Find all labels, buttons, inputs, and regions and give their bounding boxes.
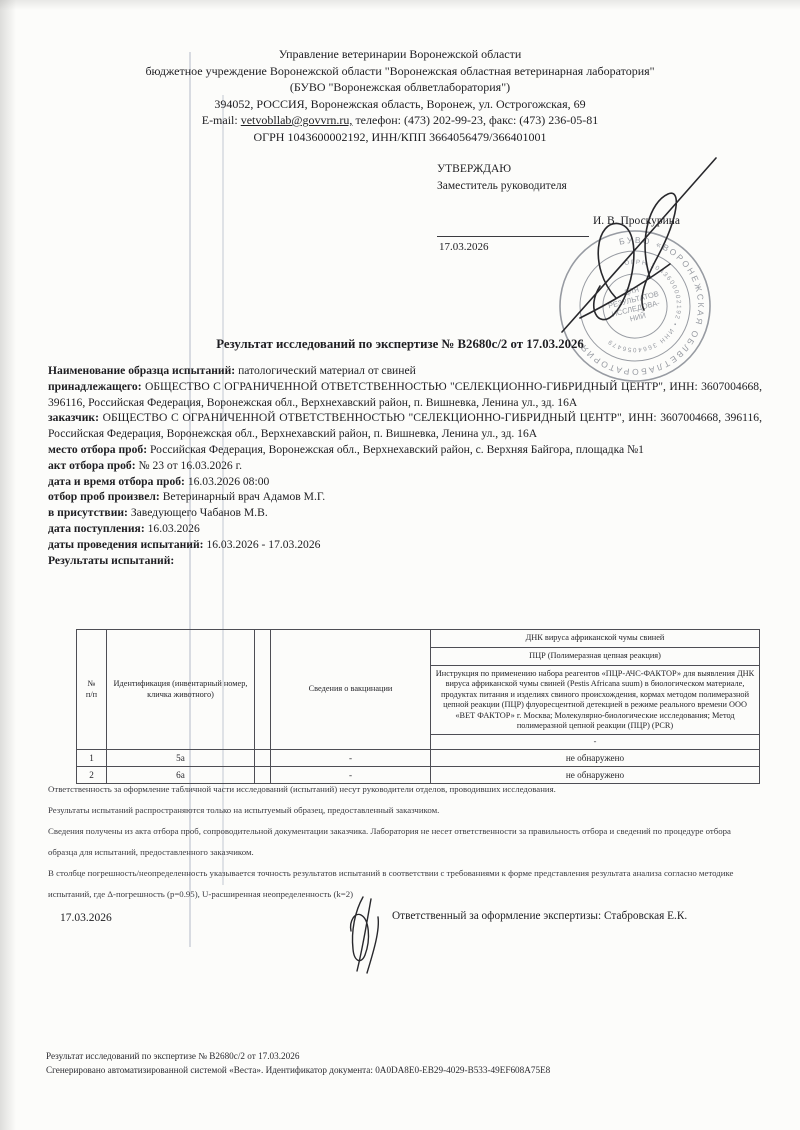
org-authority: Управление ветеринарии Воронежской облас…: [36, 46, 764, 63]
row-result: не обнаружено: [431, 750, 760, 767]
row-number: 1: [77, 750, 107, 767]
detail-sampling-act: акт отбора проб: № 23 от 16.03.2026 г.: [48, 458, 762, 474]
responsible-person: Ответственный за оформление экспертизы: …: [392, 910, 772, 922]
test-type-header: ПЦР (Полимеразная цепная реакция): [431, 648, 760, 666]
email-label: E-mail:: [202, 113, 238, 127]
phone-fax: телефон: (473) 202-99-23, факс: (473) 23…: [355, 113, 598, 127]
document-title: Результат исследований по экспертизе № В…: [0, 337, 800, 352]
detail-sample-name: Наименование образца испытаний: патологи…: [48, 363, 762, 379]
detail-testing-dates: даты проведения испытаний: 16.03.2026 - …: [48, 537, 762, 553]
detail-witness: в присутствии: Заведующего Чабанов М.В.: [48, 505, 762, 521]
results-heading: Результаты испытаний:: [48, 553, 762, 569]
footnotes: Ответственность за оформление табличной …: [48, 779, 762, 905]
footnote: Сведения получены из акта отбора проб, с…: [48, 821, 762, 863]
org-short-name: (БУВО "Воронежская облветлаборатория"): [36, 79, 764, 96]
signoff-date: 17.03.2026: [60, 912, 112, 924]
row-blank: [255, 750, 271, 767]
scanned-document-page: Управление ветеринарии Воронежской облас…: [0, 0, 800, 1130]
footer-expertise-ref: Результат исследований по экспертизе № В…: [46, 1050, 550, 1064]
col-header-number: № п/п: [77, 630, 107, 750]
org-name: бюджетное учреждение Воронежской области…: [36, 63, 764, 80]
footnote: В столбце погрешность/неопределенность у…: [48, 863, 762, 905]
scan-edge-shadow-top: [0, 0, 800, 10]
results-table: № п/п Идентификация (инвентарный номер, …: [76, 629, 760, 784]
scan-edge-shadow: [0, 0, 16, 1130]
row-vaccination: -: [271, 750, 431, 767]
org-contacts: E-mail: vetvobllab@govvrn.ru, телефон: (…: [36, 112, 764, 129]
footer-generated-by: Сгенерировано автоматизированной системо…: [46, 1064, 550, 1078]
detail-owner: принадлежащего: ОБЩЕСТВО С ОГРАНИЧЕННОЙ …: [48, 379, 762, 411]
letterhead: Управление ветеринарии Воронежской облас…: [36, 46, 764, 145]
responsible-signature: [333, 891, 393, 976]
row-identification: 5а: [107, 750, 255, 767]
org-ogrn-inn: ОГРН 1043600002192, ИНН/КПП 3664056479/3…: [36, 129, 764, 146]
document-footer: Результат исследований по экспертизе № В…: [46, 1050, 550, 1077]
col-header-vaccination: Сведения о вакцинации: [271, 630, 431, 750]
method-description: Инструкция по применению набора реагенто…: [431, 666, 760, 735]
detail-customer: заказчик: ОБЩЕСТВО С ОГРАНИЧЕННОЙ ОТВЕТС…: [48, 410, 762, 442]
sample-details: Наименование образца испытаний: патологи…: [48, 363, 762, 568]
col-header-identification: Идентификация (инвентарный номер, кличка…: [107, 630, 255, 750]
footnote: Результаты испытаний распространяются то…: [48, 800, 762, 821]
uncertainty-placeholder: -: [431, 735, 760, 750]
email-link: vetvobllab@govvrn.ru,: [241, 113, 353, 127]
test-target-header: ДНК вируса африканской чумы свиней: [431, 630, 760, 648]
detail-sampling-datetime: дата и время отбора проб: 16.03.2026 08:…: [48, 474, 762, 490]
org-address: 394052, РОССИЯ, Воронежская область, Вор…: [36, 96, 764, 113]
detail-sampling-place: место отбора проб: Российская Федерация,…: [48, 442, 762, 458]
col-header-blank: [255, 630, 271, 750]
detail-sampled-by: отбор проб произвел: Ветеринарный врач А…: [48, 489, 762, 505]
table-row: 1 5а - не обнаружено: [77, 750, 760, 767]
footnote: Ответственность за оформление табличной …: [48, 779, 762, 800]
detail-received-date: дата поступления: 16.03.2026: [48, 521, 762, 537]
approval-date: 17.03.2026: [439, 241, 489, 253]
approver-signature: [520, 146, 730, 346]
